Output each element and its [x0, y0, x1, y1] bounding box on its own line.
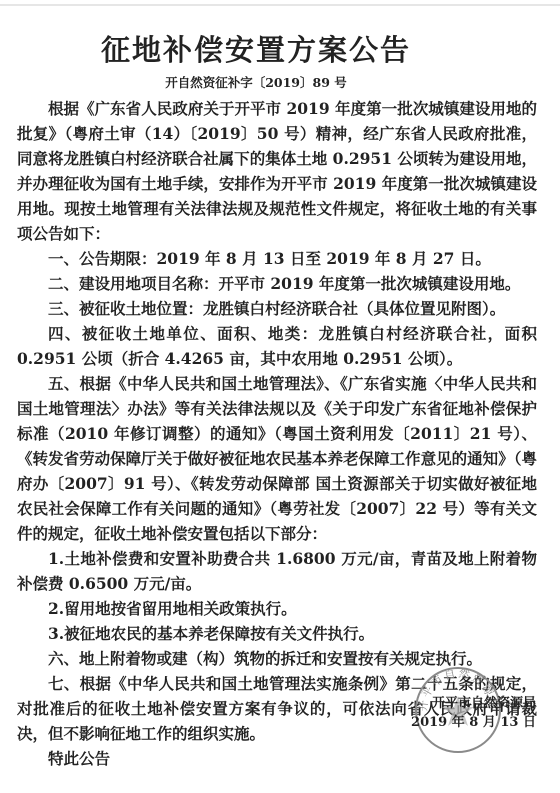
paragraph-item-4-area: 四、被征收土地单位、面积、地类：龙胜镇白村经济联合社，面积 0.2951 公顷（… — [17, 321, 537, 371]
paragraph-item-2-project: 二、建设用地项目名称：开平市 2019 年度第一批次城镇建设用地。 — [17, 271, 537, 296]
top-border-line — [0, 4, 560, 6]
paragraph-sub-1-compensation: 1.土地补偿费和安置补助费合共 1.6800 万元/亩，青苗及地上附着物补偿费 … — [17, 546, 537, 596]
signature-block: 开平市自然资源局 2019 年 8 月 13 日 — [360, 694, 536, 732]
paragraph-item-3-location: 三、被征收土地位置：龙胜镇白村经济联合社（具体位置见附图）。 — [17, 296, 537, 321]
paragraph-sub-3-pension: 3.被征地农民的基本养老保障按有关文件执行。 — [17, 621, 537, 646]
paragraph-intro: 根据《广东省人民政府关于开平市 2019 年度第一批次城镇建设用地的批复》（粤府… — [17, 96, 537, 246]
document-number: 开自然资征补字〔2019〕89 号 — [0, 74, 512, 92]
paragraph-item-1-period: 一、公告期限：2019 年 8 月 13 日至 2019 年 8 月 27 日。 — [17, 246, 537, 271]
issuer-name: 开平市自然资源局 — [360, 694, 536, 713]
paragraph-sub-2-reserved-land: 2.留用地按省留用地相关政策执行。 — [17, 596, 537, 621]
issue-date: 2019 年 8 月 13 日 — [360, 713, 536, 732]
document-title: 征地补偿安置方案公告 — [0, 30, 512, 70]
paragraph-item-5-basis: 五、根据《中华人民共和国土地管理法》、《广东省实施〈中华人民共和国土地管理法〉办… — [17, 371, 537, 546]
